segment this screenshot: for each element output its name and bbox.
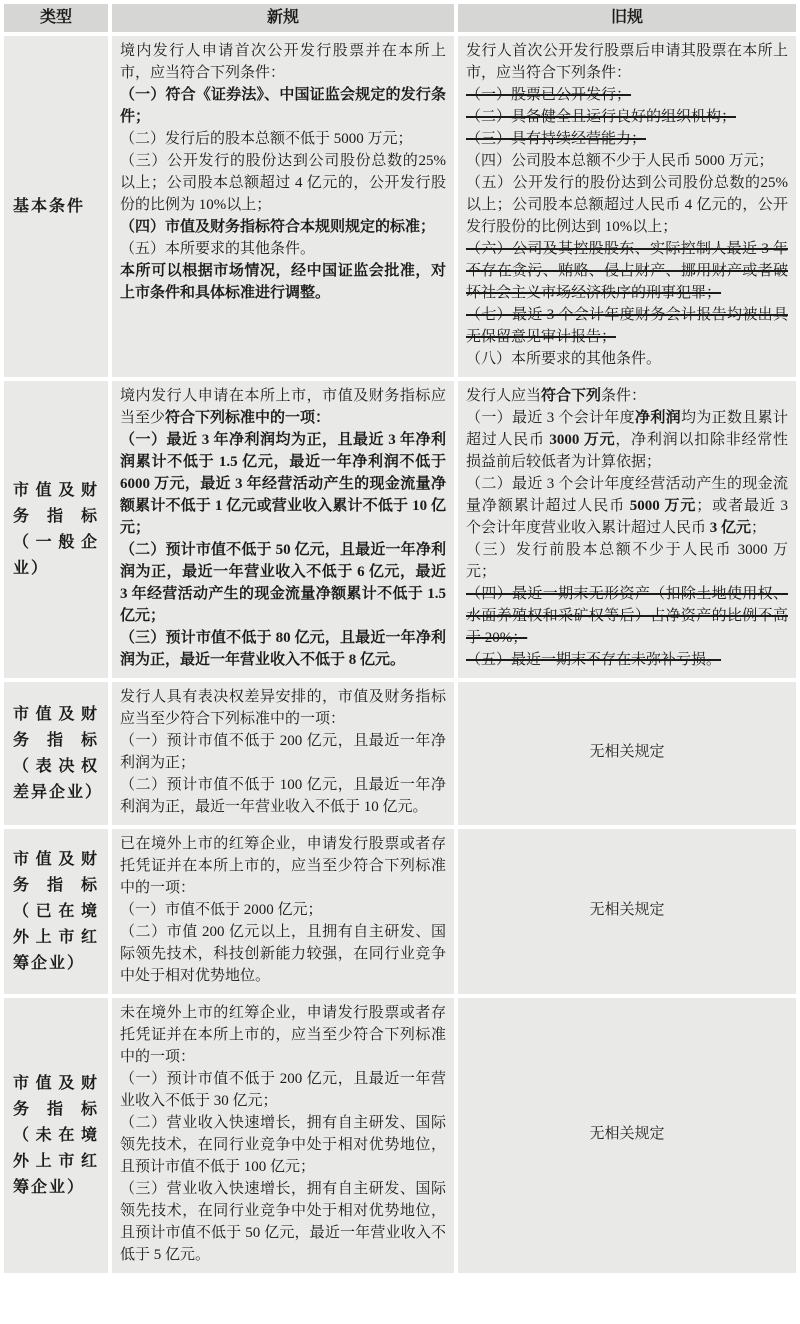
rule-text: （二）预计市值不低于 50 亿元，且最近一年净利润为正，最近一年营业收入不低于 … [120,542,446,624]
rule-paragraph: （三）具有持续经营能力； [466,128,788,150]
rule-paragraph: （四）公司股本总额不少于人民币 5000 万元； [466,150,788,172]
rule-paragraph: （二）预计市值不低于 100 亿元，且最近一年净利润为正，最近一年营业收入不低于… [120,774,446,818]
rule-paragraph: （二）预计市值不低于 50 亿元，且最近一年净利润为正，最近一年营业收入不低于 … [120,539,446,627]
rule-text: 3000 万元 [549,432,615,448]
rule-paragraph: （四）最近一期末无形资产（扣除土地使用权、水面养殖权和采矿权等后）占净资产的比例… [466,583,788,649]
old-rules-cell: 发行人应当符合下列条件：（一）最近 3 个会计年度净利润均为正数且累计超过人民币… [458,381,796,678]
struck-rule-text: （四）最近一期末无形资产（扣除土地使用权、水面养殖权和采矿权等后）占净资产的比例… [466,586,788,646]
rule-paragraph: （一）预计市值不低于 200 亿元，且最近一年营业收入不低于 30 亿元； [120,1068,446,1112]
struck-rule-text: （六）公司及其控股股东、实际控制人最近 3 年不存在贪污、贿赂、侵占财产、挪用财… [466,241,788,301]
rule-text: 5000 万元 [630,498,696,514]
rule-paragraph: （二）营业收入快速增长，拥有自主研发、国际领先技术，在同行业竞争中处于相对优势地… [120,1112,446,1178]
rule-text: 本所可以根据市场情况，经中国证监会批准，对上市条件和具体标准进行调整。 [120,263,446,301]
header-cell-new: 新规 [112,4,454,32]
struck-rule-text: （三）具有持续经营能力； [466,131,646,147]
old-rules-cell: 无相关规定 [458,682,796,825]
rule-text: 符合下列标准中的一项： [165,410,330,426]
rule-text: （二）发行后的股本总额不低于 5000 万元； [120,131,413,147]
rule-text: （四）市值及财务指标符合本规则规定的标准； [120,219,435,235]
rule-paragraph: （一）市值不低于 2000 亿元； [120,899,446,921]
rule-paragraph: （七）最近 3 个会计年度财务会计报告均被出具无保留意见审计报告； [466,304,788,348]
rule-text: （一）预计市值不低于 200 亿元，且最近一年净利润为正； [120,733,446,771]
rule-text: （二）预计市值不低于 100 亿元，且最近一年净利润为正，最近一年营业收入不低于… [120,777,446,815]
rule-paragraph: （五）本所要求的其他条件。 [120,238,446,260]
rule-text: 未在境外上市的红筹企业，申请发行股票或者存托凭证并在本所上市的，应当至少符合下列… [120,1005,446,1065]
rule-paragraph: 发行人应当符合下列条件： [466,385,788,407]
header-cell-type: 类型 [4,4,108,32]
new-rules-cell: 境内发行人申请首次公开发行股票并在本所上市，应当符合下列条件：（一）符合《证券法… [112,36,454,377]
header-cell-old: 旧规 [458,4,796,32]
rule-paragraph: （一）最近 3 个会计年度净利润均为正数且累计超过人民币 3000 万元，净利润… [466,407,788,473]
rule-paragraph: （二）最近 3 个会计年度经营活动产生的现金流量净额累计超过人民币 5000 万… [466,473,788,539]
rule-text: （一）最近 3 个会计年度 [466,410,635,426]
rule-text: （三）营业收入快速增长，拥有自主研发、国际领先技术，在同行业竞争中处于相对优势地… [120,1181,446,1263]
rule-text: （一）符合《证券法》、中国证监会规定的发行条件； [120,87,446,125]
rule-text: 符合下列 [541,388,601,404]
rule-text: （一）市值不低于 2000 亿元； [120,902,323,918]
rule-paragraph: 境内发行人申请首次公开发行股票并在本所上市，应当符合下列条件： [120,40,446,84]
old-rules-cell: 无相关规定 [458,998,796,1273]
table-row: 市值及财务指标（一般企业）境内发行人申请在本所上市，市值及财务指标应当至少符合下… [4,381,796,678]
rule-paragraph: （五）公开发行的股份达到公司股份总数的25%以上；公司股本总额超过人民币 4 亿… [466,172,788,238]
rule-paragraph: （一）预计市值不低于 200 亿元，且最近一年净利润为正； [120,730,446,774]
rule-paragraph: （二）具备健全且运行良好的组织机构； [466,106,788,128]
rule-text: （八）本所要求的其他条件。 [466,351,661,367]
new-rules-cell: 已在境外上市的红筹企业，申请发行股票或者存托凭证并在本所上市的，应当至少符合下列… [112,829,454,994]
old-rules-cell: 无相关规定 [458,829,796,994]
table-body: 基本条件境内发行人申请首次公开发行股票并在本所上市，应当符合下列条件：（一）符合… [4,36,796,1273]
rule-text: 境内发行人申请首次公开发行股票并在本所上市，应当符合下列条件： [120,43,446,81]
rule-paragraph: 本所可以根据市场情况，经中国证监会批准，对上市条件和具体标准进行调整。 [120,260,446,304]
rule-text: 无相关规定 [589,902,664,918]
rule-text: （五）本所要求的其他条件。 [120,241,315,257]
rule-paragraph: （一）最近 3 年净利润均为正，且最近 3 年净利润累计不低于 1.5 亿元，最… [120,429,446,539]
rule-paragraph: （三）公开发行的股份达到公司股份总数的25%以上；公司股本总额超过 4 亿元的，… [120,150,446,216]
old-rules-cell: 发行人首次公开发行股票后申请其股票在本所上市，应当符合下列条件：（一）股票已公开… [458,36,796,377]
rule-text: 条件： [601,388,646,404]
rule-paragraph: 境内发行人申请在本所上市，市值及财务指标应当至少符合下列标准中的一项： [120,385,446,429]
rule-paragraph: 无相关规定 [466,899,788,921]
rule-text: （二）营业收入快速增长，拥有自主研发、国际领先技术，在同行业竞争中处于相对优势地… [120,1115,446,1175]
rules-comparison-table: 类型 新规 旧规 基本条件境内发行人申请首次公开发行股票并在本所上市，应当符合下… [0,0,800,1277]
rule-text: 无相关规定 [589,1126,664,1142]
new-rules-cell: 发行人具有表决权差异安排的，市值及财务指标应当至少符合下列标准中的一项：（一）预… [112,682,454,825]
rule-text: 3 亿元 [710,520,751,536]
table-row: 市值及财务指标（已在境外上市红筹企业）已在境外上市的红筹企业，申请发行股票或者存… [4,829,796,994]
new-rules-cell: 境内发行人申请在本所上市，市值及财务指标应当至少符合下列标准中的一项：（一）最近… [112,381,454,678]
rule-text: 已在境外上市的红筹企业，申请发行股票或者存托凭证并在本所上市的，应当至少符合下列… [120,836,446,896]
rule-paragraph: （八）本所要求的其他条件。 [466,348,788,370]
header-row: 类型 新规 旧规 [4,4,796,32]
rule-text: 发行人应当 [466,388,541,404]
rule-paragraph: （三）预计市值不低于 80 亿元，且最近一年净利润为正，最近一年营业收入不低于 … [120,627,446,671]
type-cell: 市值及财务指标（表决权差异企业） [4,682,108,825]
rule-text: 无相关规定 [589,744,664,760]
rule-text: （一）预计市值不低于 200 亿元，且最近一年营业收入不低于 30 亿元； [120,1071,446,1109]
table-row: 市值及财务指标（未在境外上市红筹企业）未在境外上市的红筹企业，申请发行股票或者存… [4,998,796,1273]
rule-text: ； [751,520,766,536]
type-cell: 市值及财务指标（未在境外上市红筹企业） [4,998,108,1273]
rule-text: 净利润 [635,410,681,426]
rule-paragraph: 发行人首次公开发行股票后申请其股票在本所上市，应当符合下列条件： [466,40,788,84]
type-cell: 基本条件 [4,36,108,377]
rule-paragraph: （一）符合《证券法》、中国证监会规定的发行条件； [120,84,446,128]
rule-paragraph: （四）市值及财务指标符合本规则规定的标准； [120,216,446,238]
rule-paragraph: 已在境外上市的红筹企业，申请发行股票或者存托凭证并在本所上市的，应当至少符合下列… [120,833,446,899]
struck-rule-text: （二）具备健全且运行良好的组织机构； [466,109,736,125]
rule-paragraph: 无相关规定 [466,741,788,763]
rule-text: （五）公开发行的股份达到公司股份总数的25%以上；公司股本总额超过人民币 4 亿… [466,175,788,235]
table-row: 基本条件境内发行人申请首次公开发行股票并在本所上市，应当符合下列条件：（一）符合… [4,36,796,377]
type-cell: 市值及财务指标（已在境外上市红筹企业） [4,829,108,994]
rule-text: （三）预计市值不低于 80 亿元，且最近一年净利润为正，最近一年营业收入不低于 … [120,630,446,668]
rule-paragraph: 发行人具有表决权差异安排的，市值及财务指标应当至少符合下列标准中的一项： [120,686,446,730]
rule-paragraph: 未在境外上市的红筹企业，申请发行股票或者存托凭证并在本所上市的，应当至少符合下列… [120,1002,446,1068]
type-cell: 市值及财务指标（一般企业） [4,381,108,678]
struck-rule-text: （七）最近 3 个会计年度财务会计报告均被出具无保留意见审计报告； [466,307,788,345]
rule-text: （四）公司股本总额不少于人民币 5000 万元； [466,153,774,169]
rule-paragraph: （五）最近一期末不存在未弥补亏损。 [466,649,788,671]
rule-text: 发行人首次公开发行股票后申请其股票在本所上市，应当符合下列条件： [466,43,788,81]
rule-text: 发行人具有表决权差异安排的，市值及财务指标应当至少符合下列标准中的一项： [120,689,446,727]
rule-text: （三）公开发行的股份达到公司股份总数的25%以上；公司股本总额超过 4 亿元的，… [120,153,446,213]
struck-rule-text: （一）股票已公开发行； [466,87,631,103]
rule-text: （二）市值 200 亿元以上，且拥有自主研发、国际领先技术，科技创新能力较强，在… [120,924,446,984]
rule-paragraph: （二）发行后的股本总额不低于 5000 万元； [120,128,446,150]
rule-text: （三）发行前股本总额不少于人民币 3000 万元； [466,542,788,580]
rule-paragraph: （一）股票已公开发行； [466,84,788,106]
table-row: 市值及财务指标（表决权差异企业）发行人具有表决权差异安排的，市值及财务指标应当至… [4,682,796,825]
table-header: 类型 新规 旧规 [4,4,796,32]
struck-rule-text: （五）最近一期末不存在未弥补亏损。 [466,652,721,668]
rule-paragraph: 无相关规定 [466,1123,788,1145]
rule-paragraph: （三）发行前股本总额不少于人民币 3000 万元； [466,539,788,583]
rule-text: （一）最近 3 年净利润均为正，且最近 3 年净利润累计不低于 1.5 亿元，最… [120,432,446,536]
rule-paragraph: （二）市值 200 亿元以上，且拥有自主研发、国际领先技术，科技创新能力较强，在… [120,921,446,987]
rule-paragraph: （三）营业收入快速增长，拥有自主研发、国际领先技术，在同行业竞争中处于相对优势地… [120,1178,446,1266]
rule-paragraph: （六）公司及其控股股东、实际控制人最近 3 年不存在贪污、贿赂、侵占财产、挪用财… [466,238,788,304]
new-rules-cell: 未在境外上市的红筹企业，申请发行股票或者存托凭证并在本所上市的，应当至少符合下列… [112,998,454,1273]
